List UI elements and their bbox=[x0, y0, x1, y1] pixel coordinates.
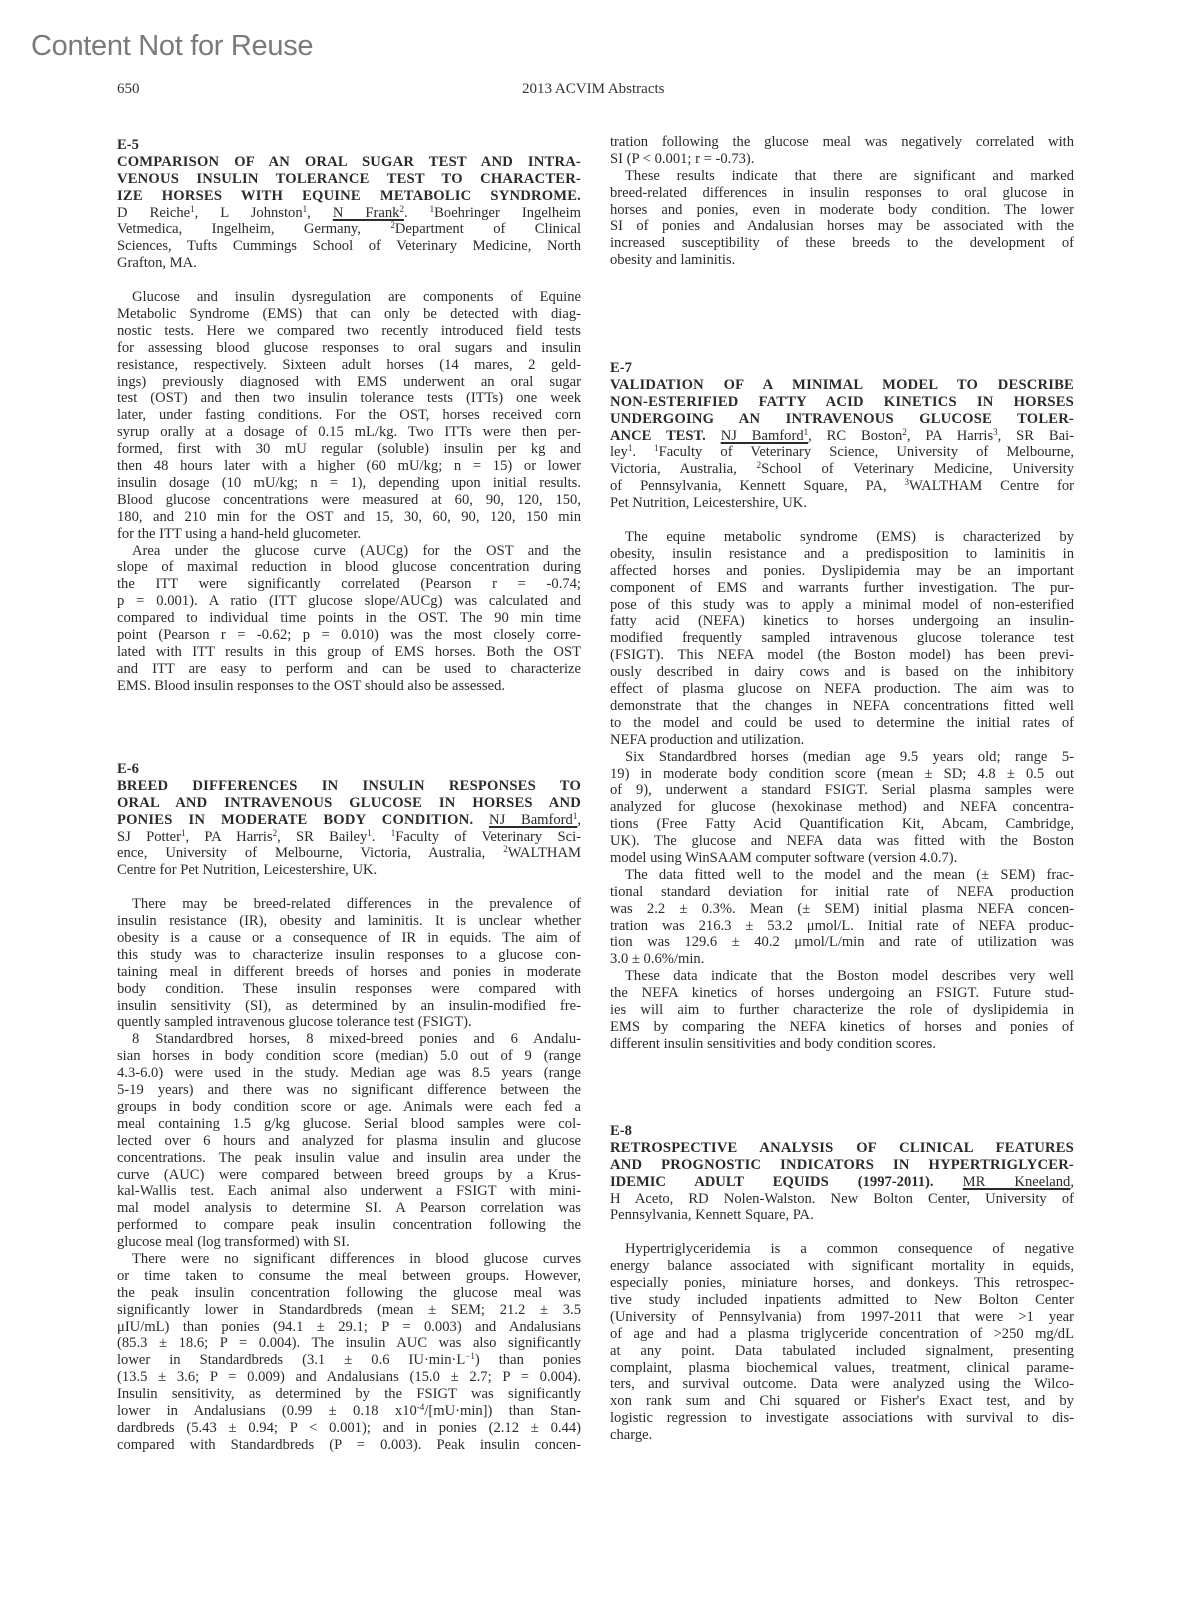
body-line: lected over 6 hours and analyzed for pla… bbox=[117, 1133, 581, 1150]
abstract-title-line: BREED DIFFERENCES IN INSULIN RESPONSES T… bbox=[117, 778, 581, 795]
body-line: for the ITT using a hand-held glucometer… bbox=[117, 526, 581, 543]
body-line: Blood glucose concentrations were measur… bbox=[117, 492, 581, 509]
body-line: component of EMS and warrants further in… bbox=[610, 580, 1074, 597]
body-line: breed-related differences in insulin res… bbox=[610, 185, 1074, 202]
author-line: SJ Potter1, PA Harris2, SR Bailey1. 1Fac… bbox=[117, 829, 581, 846]
body-line: compared to individual time points in th… bbox=[117, 610, 581, 627]
body-line: Glucose and insulin dysregulation are co… bbox=[117, 289, 581, 306]
body-line: Metabolic Syndrome (EMS) that can only b… bbox=[117, 306, 581, 323]
body-line: of 9), underwent a standard FSIGT. Seria… bbox=[610, 782, 1074, 799]
affiliation-line: ence, University of Melbourne, Victoria,… bbox=[117, 845, 581, 862]
body-line: for assessing blood glucose responses to… bbox=[117, 340, 581, 357]
body-line: tive study included inpatients admitted … bbox=[610, 1292, 1074, 1309]
body-line: fatty acid (NEFA) kinetics to horses und… bbox=[610, 613, 1074, 630]
abstract-title-line: RETROSPECTIVE ANALYSIS OF CLINICAL FEATU… bbox=[610, 1140, 1074, 1157]
affiliation-line: Centre for Pet Nutrition, Leicestershire… bbox=[117, 862, 581, 879]
body-line: horses and ponies, even in moderate body… bbox=[610, 202, 1074, 219]
abstract-title-line: ORAL AND INTRAVENOUS GLUCOSE IN HORSES A… bbox=[117, 795, 581, 812]
presenting-author: NJ Bamford1 bbox=[721, 428, 808, 444]
body-line: 4.3-6.0) were used in the study. Median … bbox=[117, 1065, 581, 1082]
body-line: energy balance associated with significa… bbox=[610, 1258, 1074, 1275]
body-line: SI (P < 0.001; r = -0.73). bbox=[610, 151, 1074, 168]
body-line: 8 Standardbred horses, 8 mixed-breed pon… bbox=[117, 1031, 581, 1048]
affiliation-line: of Pennsylvania, Kennett Square, PA, 3WA… bbox=[610, 478, 1074, 495]
body-line: the NEFA kinetics of horses undergoing a… bbox=[610, 985, 1074, 1002]
affiliation-line: Victoria, Australia, 2School of Veterina… bbox=[610, 461, 1074, 478]
body-line: There were no significant differences in… bbox=[117, 1251, 581, 1268]
body-line: p = 0.001). A ratio (ITT glucose slope/A… bbox=[117, 593, 581, 610]
body-line: EMS. Blood insulin responses to the OST … bbox=[117, 678, 581, 695]
body-line: significantly lower in Standardbreds (me… bbox=[117, 1302, 581, 1319]
body-line: point (Pearson r = -0.62; p = 0.010) was… bbox=[117, 627, 581, 644]
body-line: mal model analysis to determine SI. A Pe… bbox=[117, 1200, 581, 1217]
body-line: obesity, insulin resistance and a predis… bbox=[610, 546, 1074, 563]
author-line: ANCE TEST. NJ Bamford1, RC Boston2, PA H… bbox=[610, 428, 1074, 445]
body-line: obesity is a cause or a consequence of I… bbox=[117, 930, 581, 947]
body-line: tration was 216.3 ± 53.2 μmol/L. Initial… bbox=[610, 918, 1074, 935]
body-line: These results indicate that there are si… bbox=[610, 168, 1074, 185]
body-line: pose of this study was to apply a minima… bbox=[610, 597, 1074, 614]
author-line: IDEMIC ADULT EQUIDS (1997-2011). MR Knee… bbox=[610, 1174, 1074, 1191]
body-line: increased susceptibility of these breeds… bbox=[610, 235, 1074, 252]
body-line: insulin resistance (IR), obesity and lam… bbox=[117, 913, 581, 930]
author-line: D Reiche1, L Johnston1, N Frank2. 1Boehr… bbox=[117, 205, 581, 222]
body-line: There may be breed-related differences i… bbox=[117, 896, 581, 913]
body-line: logistic regression to investigate assoc… bbox=[610, 1410, 1074, 1427]
body-line: and ITT are easy to perform and can be u… bbox=[117, 661, 581, 678]
body-line: tration following the glucose meal was n… bbox=[610, 134, 1074, 151]
body-line: was 2.2 ± 0.3%. Mean (± SEM) initial pla… bbox=[610, 901, 1074, 918]
body-line: Area under the glucose curve (AUCg) for … bbox=[117, 543, 581, 560]
abstract-title-line: VENOUS INSULIN TOLERANCE TEST TO CHARACT… bbox=[117, 171, 581, 188]
abstract-body: The equine metabolic syndrome (EMS) is c… bbox=[610, 529, 1074, 1053]
body-line: 180, and 210 min for the OST and 15, 30,… bbox=[117, 509, 581, 526]
body-line: μIU/mL) than ponies (94.1 ± 29.1; P = 0.… bbox=[117, 1319, 581, 1336]
body-line: resistance, respectively. Sixteen adult … bbox=[117, 357, 581, 374]
body-line: 19) in moderate body condition score (me… bbox=[610, 766, 1074, 783]
affiliation-line: Pet Nutrition, Leicestershire, UK. bbox=[610, 495, 1074, 512]
body-line: concentrations. The peak insulin value a… bbox=[117, 1150, 581, 1167]
abstract-title-line: NON-ESTERIFIED FATTY ACID KINETICS IN HO… bbox=[610, 394, 1074, 411]
body-line: tional standard deviation for initial ra… bbox=[610, 884, 1074, 901]
presenting-author: N Frank2 bbox=[333, 205, 404, 221]
body-line: ously described in dairy cows and is bas… bbox=[610, 664, 1074, 681]
abstract-e5: E-5 COMPARISON OF AN ORAL SUGAR TEST AND… bbox=[117, 137, 581, 695]
body-line: body condition. These insulin responses … bbox=[117, 981, 581, 998]
author-line: PONIES IN MODERATE BODY CONDITION. NJ Ba… bbox=[117, 812, 581, 829]
body-line: Six Standardbred horses (median age 9.5 … bbox=[610, 749, 1074, 766]
abstract-title-line: VALIDATION OF A MINIMAL MODEL TO DESCRIB… bbox=[610, 377, 1074, 394]
body-line: SI of ponies and Andalusian horses may b… bbox=[610, 218, 1074, 235]
affiliation-line: Pennsylvania, Kennett Square, PA. bbox=[610, 1207, 1074, 1224]
abstract-code: E-7 bbox=[610, 360, 1074, 377]
body-line: curve (AUC) were compared between breed … bbox=[117, 1167, 581, 1184]
body-line: glucose meal (log transformed) with SI. bbox=[117, 1234, 581, 1251]
body-line: taining meal in different breeds of hors… bbox=[117, 964, 581, 981]
abstract-code: E-5 bbox=[117, 137, 581, 154]
body-line: at any point. Data tabulated included si… bbox=[610, 1343, 1074, 1360]
page-number: 650 bbox=[117, 81, 140, 98]
body-line: (University of Pennsylvania) from 1997-2… bbox=[610, 1309, 1074, 1326]
body-line: effect of plasma glucose on NEFA product… bbox=[610, 681, 1074, 698]
body-line: obesity and laminitis. bbox=[610, 252, 1074, 269]
affiliation-line: ley1. 1Faculty of Veterinary Science, Un… bbox=[610, 444, 1074, 461]
body-line: Hypertriglyceridemia is a common consequ… bbox=[610, 1241, 1074, 1258]
abstract-body: Glucose and insulin dysregulation are co… bbox=[117, 289, 581, 694]
body-line: (FSIGT). This NEFA model (the Boston mod… bbox=[610, 647, 1074, 664]
body-line: lower in Standardbreds (3.1 ± 0.6 IU·min… bbox=[117, 1352, 581, 1369]
abstract-e6-continued: tration following the glucose meal was n… bbox=[610, 134, 1074, 269]
affiliation-line: Grafton, MA. bbox=[117, 255, 581, 272]
body-line: meal containing 1.5 g/kg glucose. Serial… bbox=[117, 1116, 581, 1133]
abstract-title-line: IZE HORSES WITH EQUINE METABOLIC SYNDROM… bbox=[117, 188, 581, 205]
running-head: 2013 ACVIM Abstracts bbox=[522, 81, 665, 98]
body-line: then 48 hours later with a higher (60 mU… bbox=[117, 458, 581, 475]
body-line: The data fitted well to the model and th… bbox=[610, 867, 1074, 884]
abstract-title-line: COMPARISON OF AN ORAL SUGAR TEST AND INT… bbox=[117, 154, 581, 171]
body-line: analyzed for glucose (hexokinase method)… bbox=[610, 799, 1074, 816]
presenting-author: NJ Bamford1 bbox=[489, 812, 577, 828]
body-line: compared with Standardbreds (P = 0.003).… bbox=[117, 1437, 581, 1454]
body-line: syrup orally at a dosage of 0.15 mL/kg. … bbox=[117, 424, 581, 441]
body-line: tions (Free Fatty Acid Quantification Ki… bbox=[610, 816, 1074, 833]
body-line: affected horses and ponies. Dyslipidemia… bbox=[610, 563, 1074, 580]
body-line: to the model and could be used to determ… bbox=[610, 715, 1074, 732]
body-line: (85.3 ± 18.6; P = 0.004). The insulin AU… bbox=[117, 1335, 581, 1352]
body-line: test (OST) and then two insulin toleranc… bbox=[117, 390, 581, 407]
affiliation-line: H Aceto, RD Nolen-Walston. New Bolton Ce… bbox=[610, 1191, 1074, 1208]
abstract-body: Hypertriglyceridemia is a common consequ… bbox=[610, 1241, 1074, 1444]
body-line: 3.0 ± 0.6%/min. bbox=[610, 951, 1074, 968]
body-line: performed to compare peak insulin concen… bbox=[117, 1217, 581, 1234]
presenting-author: MR Kneeland bbox=[963, 1174, 1071, 1190]
affiliation-line: Sciences, Tufts Cummings School of Veter… bbox=[117, 238, 581, 255]
watermark: Content Not for Reuse bbox=[31, 30, 313, 63]
body-line: the ITT were significantly correlated (P… bbox=[117, 576, 581, 593]
body-line: EMS by comparing the NEFA kinetics of ho… bbox=[610, 1019, 1074, 1036]
body-line: modified frequently sampled intravenous … bbox=[610, 630, 1074, 647]
body-line: dardbreds (5.43 ± 0.94; P < 0.001); and … bbox=[117, 1420, 581, 1437]
body-line: The equine metabolic syndrome (EMS) is c… bbox=[610, 529, 1074, 546]
body-line: insulin dosage (10 mU/kg; n = 1), depend… bbox=[117, 475, 581, 492]
abstract-e8: E-8 RETROSPECTIVE ANALYSIS OF CLINICAL F… bbox=[610, 1123, 1074, 1444]
body-line: sian horses in body condition score (med… bbox=[117, 1048, 581, 1065]
abstract-body: There may be breed-related differences i… bbox=[117, 896, 581, 1453]
body-line: complaint, plasma biochemical values, tr… bbox=[610, 1360, 1074, 1377]
body-line: especially ponies, miniature horses, and… bbox=[610, 1275, 1074, 1292]
body-line: tion was 129.6 ± 40.2 μmol/L/min and rat… bbox=[610, 934, 1074, 951]
body-line: ters, and survival outcome. Data were an… bbox=[610, 1376, 1074, 1393]
abstract-code: E-6 bbox=[117, 761, 581, 778]
body-line: ings) previously diagnosed with EMS unde… bbox=[117, 374, 581, 391]
body-line: of age and had a plasma triglyceride con… bbox=[610, 1326, 1074, 1343]
abstract-title-line: UNDERGOING AN INTRAVENOUS GLUCOSE TOLER- bbox=[610, 411, 1074, 428]
body-line: or time taken to consume the meal betwee… bbox=[117, 1268, 581, 1285]
body-line: lower in Andalusians (0.99 ± 0.18 x10-4/… bbox=[117, 1403, 581, 1420]
body-line: different insulin sensitivities and body… bbox=[610, 1036, 1074, 1053]
body-line: the peak insulin concentration following… bbox=[117, 1285, 581, 1302]
affiliation-line: Vetmedica, Ingelheim, Germany, 2Departme… bbox=[117, 221, 581, 238]
body-line: slope of maximal reduction in blood gluc… bbox=[117, 559, 581, 576]
body-line: 5-19 years) and there was no significant… bbox=[117, 1082, 581, 1099]
body-line: UK). The glucose and NEFA data was fitte… bbox=[610, 833, 1074, 850]
body-line: xon rank sum and Chi squared or Fisher's… bbox=[610, 1393, 1074, 1410]
body-line: nostic tests. Here we compared two recen… bbox=[117, 323, 581, 340]
body-line: quently sampled intravenous glucose tole… bbox=[117, 1014, 581, 1031]
body-line: These data indicate that the Boston mode… bbox=[610, 968, 1074, 985]
body-line: insulin sensitivity (SI), as determined … bbox=[117, 998, 581, 1015]
body-line: charge. bbox=[610, 1427, 1074, 1444]
body-line: NEFA production and utilization. bbox=[610, 732, 1074, 749]
body-line: this study was to characterize insulin r… bbox=[117, 947, 581, 964]
body-line: ies will aim to further characterize the… bbox=[610, 1002, 1074, 1019]
abstract-code: E-8 bbox=[610, 1123, 1074, 1140]
body-line: Insulin sensitivity, as determined by th… bbox=[117, 1386, 581, 1403]
body-line: groups in body condition score or age. A… bbox=[117, 1099, 581, 1116]
abstract-e6: E-6 BREED DIFFERENCES IN INSULIN RESPONS… bbox=[117, 761, 581, 1454]
body-line: later, under fasting conditions. For the… bbox=[117, 407, 581, 424]
body-line: model using WinSAAM computer software (v… bbox=[610, 850, 1074, 867]
body-line: kal-Wallis test. Each animal also underw… bbox=[117, 1183, 581, 1200]
body-line: formed, first with 30 mU regular (solubl… bbox=[117, 441, 581, 458]
abstract-e7: E-7 VALIDATION OF A MINIMAL MODEL TO DES… bbox=[610, 360, 1074, 1053]
body-line: demonstrate that the changes in NEFA con… bbox=[610, 698, 1074, 715]
abstract-title-line: AND PROGNOSTIC INDICATORS IN HYPERTRIGLY… bbox=[610, 1157, 1074, 1174]
body-line: (13.5 ± 3.6; P = 0.009) and Andalusians … bbox=[117, 1369, 581, 1386]
body-line: lated with ITT results in this group of … bbox=[117, 644, 581, 661]
